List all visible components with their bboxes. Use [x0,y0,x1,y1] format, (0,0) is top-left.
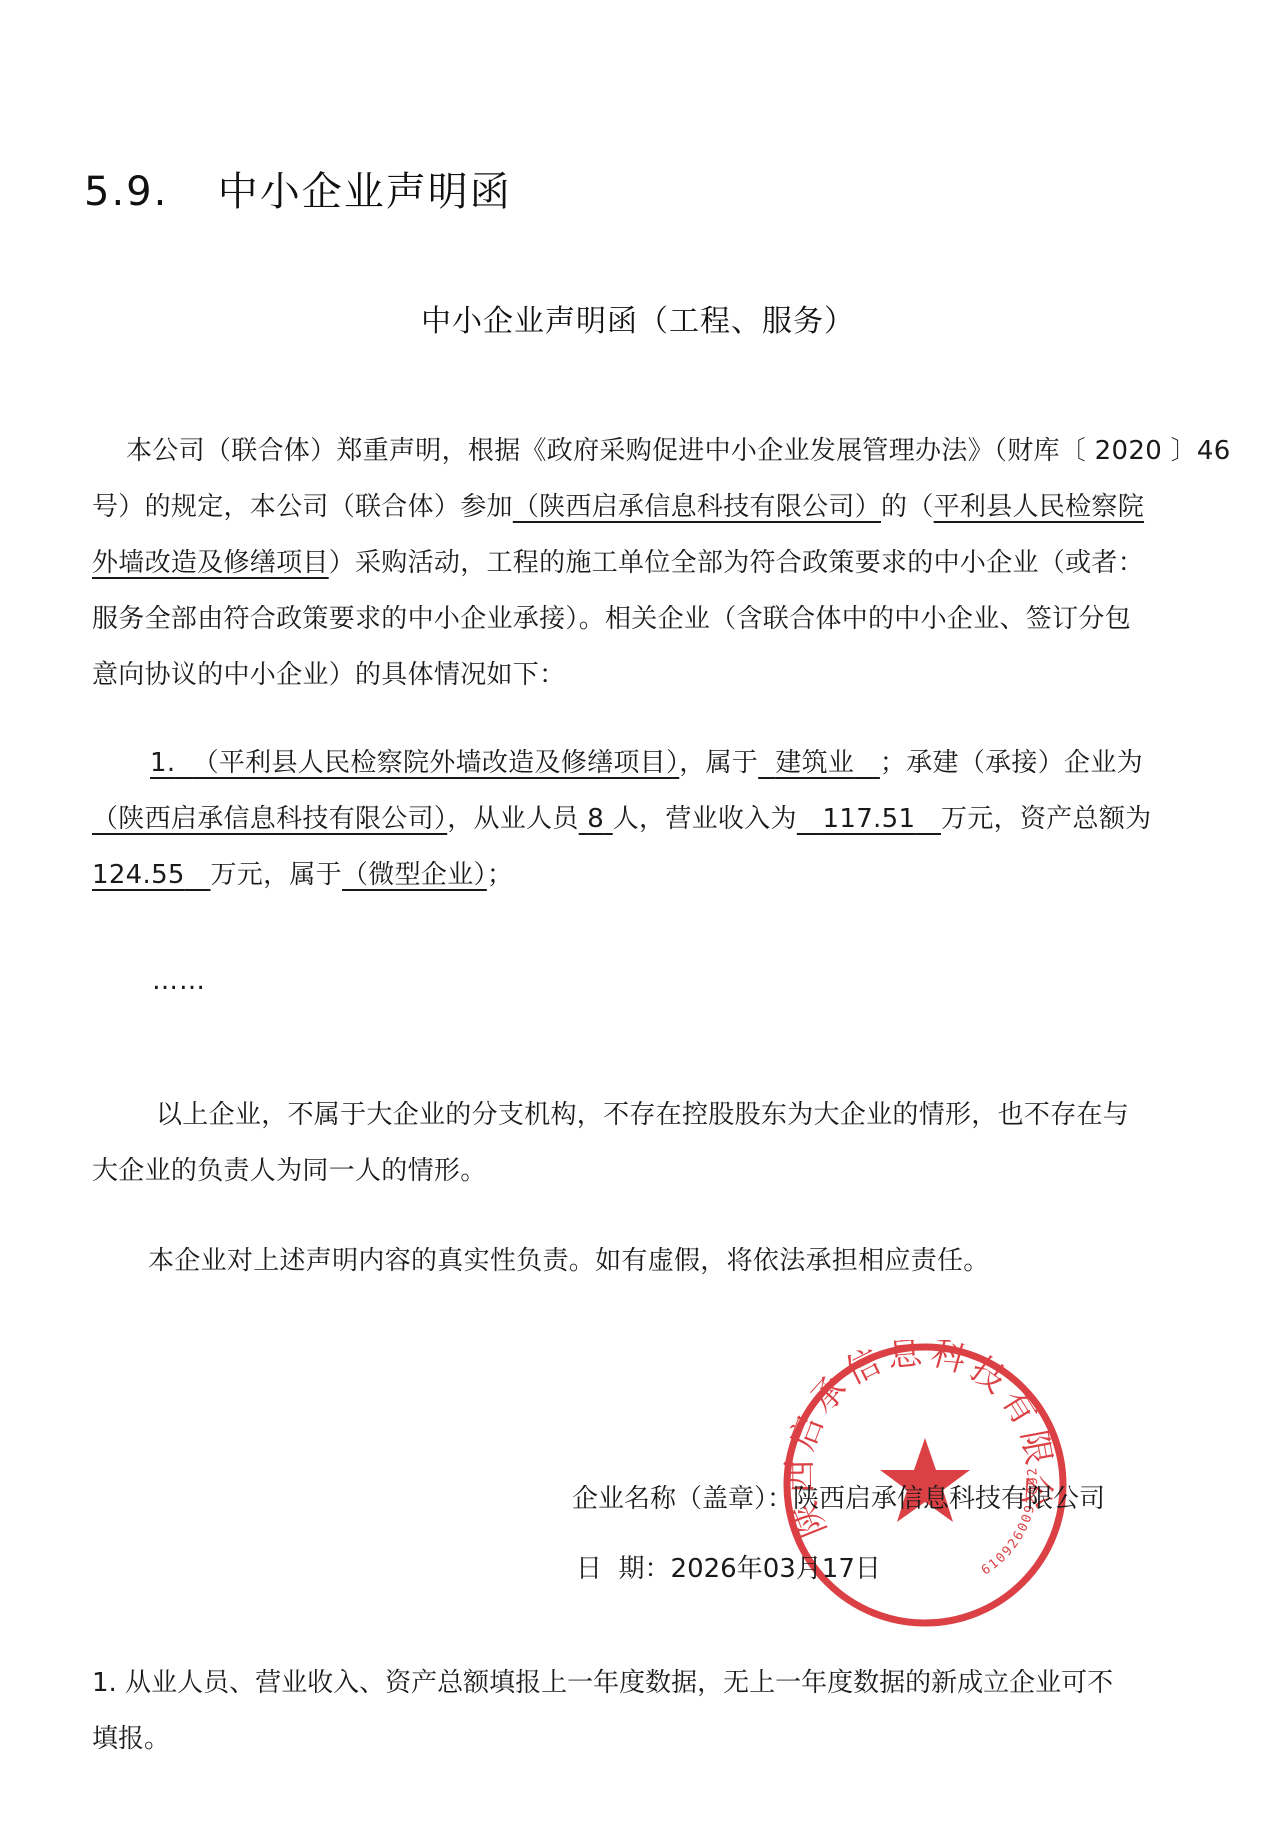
paragraph3: 本企业对上述声明内容的真实性负责。如有虚假，将依法承担相应责任。 [148,1240,990,1277]
ellipsis: …… [152,966,206,996]
item-project: （平利县人民检察院外墙改造及修缮项目） [193,748,680,778]
text: 万元，资产总额为 [941,804,1151,834]
signature-company: 企业名称（盖章）：陕西启承信息科技有限公司 [572,1478,1105,1515]
contractor-field: （陕西启承信息科技有限公司） [92,804,447,834]
item1-line1: 1. （平利县人民检察院外墙改造及修缮项目），属于 建筑业 ；承建（承接）企业为 [150,742,1143,779]
text: ，从业人员 [447,804,579,834]
text: ； [487,860,513,890]
industry-field: 建筑业 [758,748,880,778]
company-value: 陕西启承信息科技有限公司 [793,1484,1105,1514]
paragraph1-line1: 本公司（联合体）郑重声明，根据《政府采购促进中小企业发展管理办法》（财库〔 20… [126,430,1231,467]
employees-field: 8 [579,804,613,834]
paragraph2-line1: 以上企业，不属于大企业的分支机构，不存在控股股东为大企业的情形，也不存在与 [156,1094,1129,1131]
signature-date: 日 期：2026年03月17日 [576,1548,881,1585]
document-title: 中小企业声明函（工程、服务） [0,296,1276,340]
company-label: 企业名称（盖章）： [572,1484,793,1514]
section-heading: 5.9. 中小企业声明函 [84,160,512,217]
text: 号）的规定，本公司（联合体）参加 [92,492,513,522]
text: ，属于 [679,748,758,778]
purchaser-name: （陕西启承信息科技有限公司） [513,492,881,522]
text: 人，营业收入为 [613,804,797,834]
revenue-field: 117.51 [797,804,941,834]
paragraph1-line4: 服务全部由符合政策要求的中小企业承接）。相关企业（含联合体中的中小企业、签订分包 [92,598,1131,635]
footnote-line2: 填报。 [92,1718,170,1755]
paragraph1-line5: 意向协议的中小企业）的具体情况如下： [92,654,565,691]
footnote-line1: 1. 从业人员、营业收入、资产总额填报上一年度数据，无上一年度数据的新成立企业可… [92,1662,1113,1699]
assets-field: 124.55 [92,860,210,890]
paragraph2-line2: 大企业的负责人为同一人的情形。 [92,1150,487,1187]
text: ；承建（承接）企业为 [880,748,1143,778]
paragraph1-line3: 外墙改造及修缮项目）采购活动，工程的施工单位全部为符合政策要求的中小企业（或者： [92,542,1144,579]
enterprise-type-field: （微型企业） [342,860,487,890]
project-name-part1: 平利县人民检察院 [934,492,1144,522]
text: 的（ [881,492,934,522]
item1-line3: 124.55 万元，属于（微型企业）； [92,854,513,891]
section-number: 5.9. [84,169,168,215]
date-label: 日 期： [576,1554,671,1584]
item1-line2: （陕西启承信息科技有限公司），从业人员 8 人，营业收入为 117.51 万元，… [92,798,1151,835]
project-name-part2: 外墙改造及修缮项目 [92,548,329,578]
text: ）采购活动，工程的施工单位全部为符合政策要求的中小企业（或者： [329,548,1144,578]
date-value: 2026年03月17日 [671,1554,881,1584]
section-heading-text: 中小企业声明函 [218,169,512,215]
text: 万元，属于 [210,860,342,890]
item-number: 1. （平利县人民检察院外墙改造及修缮项目） [150,748,679,778]
paragraph1-line2: 号）的规定，本公司（联合体）参加（陕西启承信息科技有限公司）的（平利县人民检察院 [92,486,1144,523]
